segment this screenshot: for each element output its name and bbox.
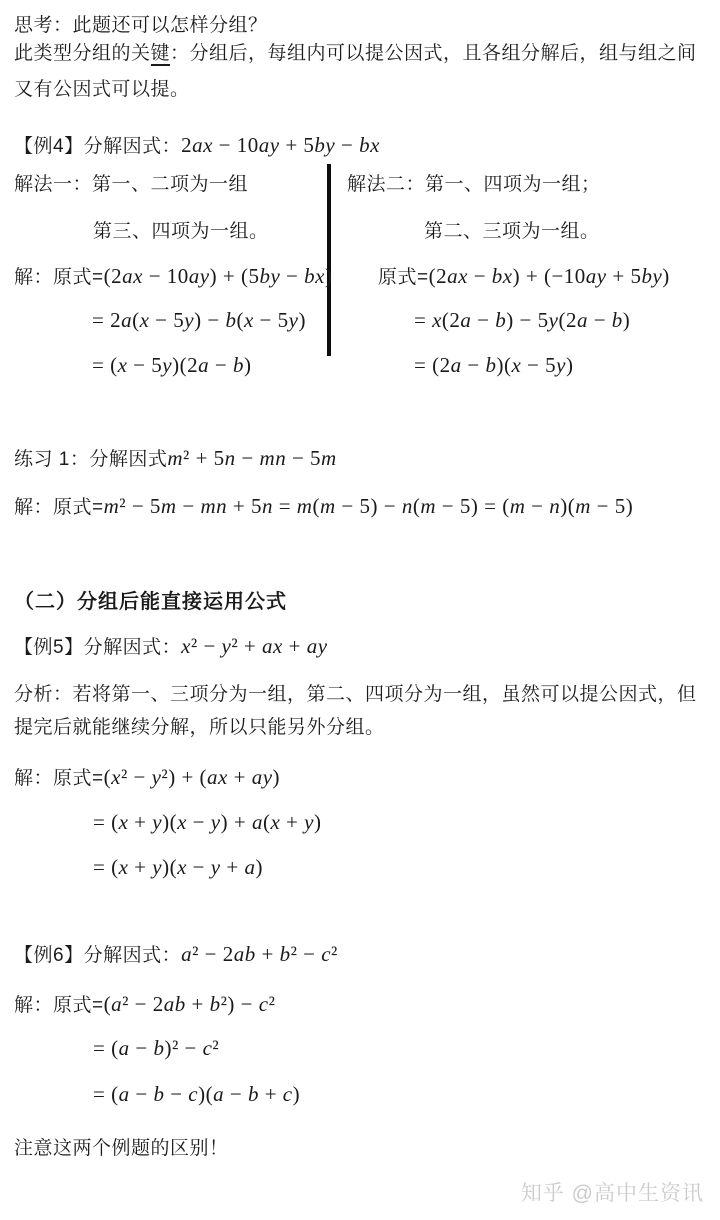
method2-header-line2: 第二、三项为一组。 — [424, 216, 600, 243]
method2-step3-formula: = (2a − b)(x − 5y) — [414, 353, 573, 378]
practice1-solution-row: 解：原式=m² − 5m − mn + 5n = m(m − 5) − n(m … — [14, 492, 633, 519]
closing-note: 注意这两个例题的区别！ — [14, 1133, 229, 1160]
method1-header-line2: 第三、四项为一组。 — [93, 216, 269, 243]
method1-step1-row: 解：原式=(2ax − 10ay) + (5by − bx) — [14, 262, 332, 289]
practice1-label: 练习 1：分解因式 — [14, 449, 167, 470]
method2-step1-row: 原式=(2ax − bx) + (−10ay + 5by) — [378, 262, 670, 289]
example5-step1-row: 解：原式=(x² − y²) + (ax + ay) — [14, 763, 280, 790]
method2-solve-label: 原式= — [378, 267, 429, 288]
method1-solve-label: 解：原式= — [14, 267, 104, 288]
grouping-key-pre: 此类型分组的关 — [14, 43, 151, 64]
document-page: 思考：此题还可以怎样分组？ 此类型分组的关键：分组后，每组内可以提公因式，且各组… — [0, 0, 720, 1220]
example5-title-formula: x² − y² + ax + ay — [181, 634, 327, 658]
zhihu-watermark: 知乎 @高中生资讯 — [521, 1177, 704, 1207]
method1-header-line1: 解法一：第一、二项为一组 — [14, 169, 248, 196]
example5-title: 【例5】分解因式：x² − y² + ax + ay — [14, 632, 328, 659]
grouping-key-note: 此类型分组的关键：分组后，每组内可以提公因式，且各组分解后，组与组之间又有公因式… — [14, 36, 710, 108]
example6-title: 【例6】分解因式：a² − 2ab + b² − c² — [14, 940, 338, 967]
example4-title: 【例4】分解因式：2ax − 10ay + 5by − bx — [14, 131, 380, 158]
example6-step2-formula: = (a − b)² − c² — [93, 1036, 219, 1061]
example6-step1-formula: (a² − 2ab + b²) − c² — [104, 992, 276, 1016]
example6-step3-formula: = (a − b − c)(a − b + c) — [93, 1082, 300, 1107]
method2-step2-formula: = x(2a − b) − 5y(2a − b) — [414, 308, 630, 333]
practice1-solve-label: 解：原式= — [14, 497, 104, 518]
example6-title-label: 【例6】分解因式： — [14, 945, 181, 966]
method-divider — [327, 164, 331, 356]
example5-solve-label: 解：原式= — [14, 768, 104, 789]
example6-step1-row: 解：原式=(a² − 2ab + b²) − c² — [14, 990, 275, 1017]
example4-title-label: 【例4】分解因式： — [14, 136, 181, 157]
practice1-formula: m² + 5n − mn − 5m — [167, 446, 336, 470]
method2-step1-formula: (2ax − bx) + (−10ay + 5by) — [429, 264, 670, 288]
practice1-solution-formula: m² − 5m − mn + 5n = m(m − 5) − n(m − 5) … — [104, 494, 634, 518]
example6-solve-label: 解：原式= — [14, 995, 104, 1016]
example6-title-formula: a² − 2ab + b² − c² — [181, 942, 338, 966]
practice1-title: 练习 1：分解因式m² + 5n − mn − 5m — [14, 444, 337, 471]
method1-step2-formula: = 2a(x − 5y) − b(x − 5y) — [92, 308, 306, 333]
example5-step3-formula: = (x + y)(x − y + a) — [93, 855, 263, 880]
section2-heading: （二）分组后能直接运用公式 — [14, 585, 287, 614]
example5-step2-formula: = (x + y)(x − y) + a(x + y) — [93, 810, 321, 835]
method2-header-line1: 解法二：第一、四项为一组； — [347, 169, 601, 196]
example5-step1-formula: (x² − y²) + (ax + ay) — [104, 765, 280, 789]
example5-title-label: 【例5】分解因式： — [14, 637, 181, 658]
method1-step3-formula: = (x − 5y)(2a − b) — [92, 353, 251, 378]
example5-analysis: 分析：若将第一、三项分为一组，第二、四项分为一组，虽然可以提公因式，但提完后就能… — [14, 678, 714, 744]
example4-title-formula: 2ax − 10ay + 5by − bx — [181, 133, 380, 157]
method1-step1-formula: (2ax − 10ay) + (5by − bx) — [104, 264, 333, 288]
thinking-question: 思考：此题还可以怎样分组？ — [14, 10, 268, 37]
grouping-key-underlined: 键 — [151, 43, 171, 66]
